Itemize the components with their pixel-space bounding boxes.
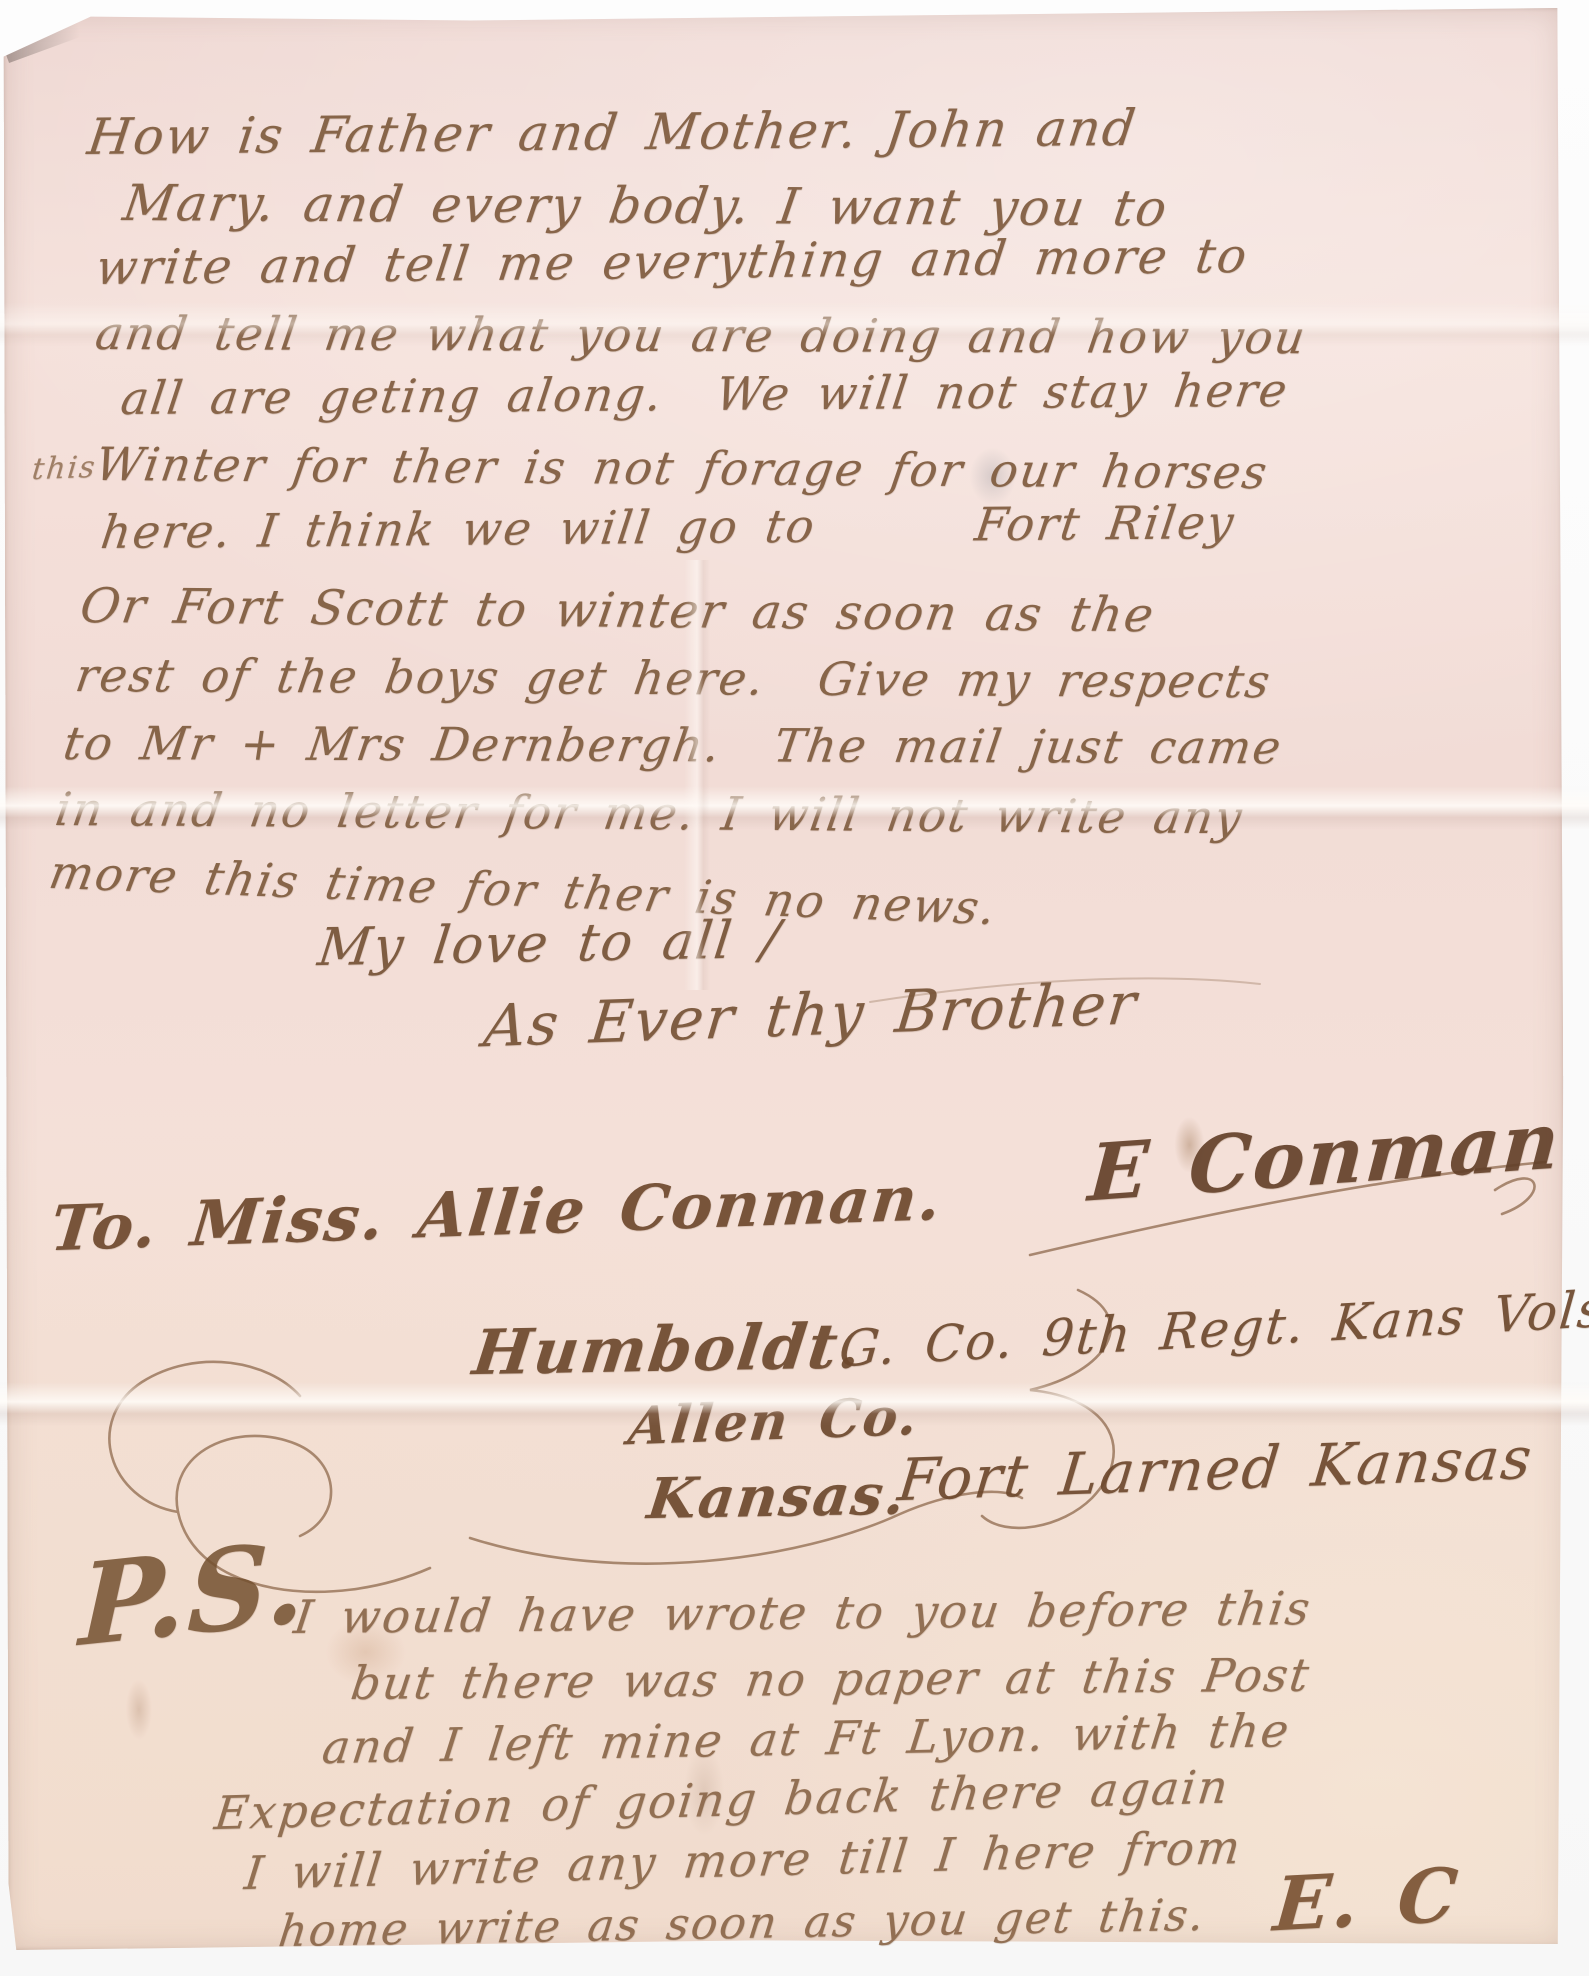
letter-line-postscript: but there was no paper at this Post <box>348 1648 1314 1710</box>
letter-line-signature: E Conman <box>1086 1095 1564 1220</box>
letter-line-body: Or Fort Scott to winter as soon as the <box>77 578 1159 643</box>
letter-line-margin-note: this <box>30 450 98 487</box>
letter-line-initials: E. C <box>1270 1852 1462 1948</box>
letter-line-body: How is Father and Mother. John and <box>84 99 1140 166</box>
letter-line-recipient: Allen Co. <box>626 1386 922 1457</box>
scanned-letter-page: How is Father and Mother. John andMary. … <box>0 0 1589 1976</box>
letter-line-closing: As Ever thy Brother <box>481 969 1141 1060</box>
letter-line-closing: My love to all / <box>315 910 785 978</box>
letter-line-postscript: I would have wrote to you before this <box>291 1581 1315 1644</box>
letter-line-body: all are geting along. We will not stay h… <box>118 363 1292 425</box>
letter-line-body: Winter for ther is not forage for our ho… <box>92 437 1272 499</box>
letter-line-postscript: home write as soon as you get this. <box>276 1890 1209 1957</box>
letter-line-recipient: Humboldt. <box>469 1309 867 1389</box>
letter-line-body: and tell me what you are doing and how y… <box>92 306 1310 364</box>
letter-line-unit: Fort Larned Kansas <box>895 1424 1537 1514</box>
letter-line-body: here. I think we will go to Fort Riley <box>98 495 1239 559</box>
letter-lines: How is Father and Mother. John andMary. … <box>0 0 1589 1976</box>
letter-line-unit: G. Co. 9th Regt. Kans Vols. <box>837 1279 1589 1378</box>
letter-line-ps-label: P.S. <box>77 1516 309 1672</box>
letter-line-body: Mary. and every body. I want you to <box>120 174 1173 237</box>
letter-line-body: write and tell me everything and more to <box>93 228 1252 296</box>
letter-line-body: to Mr + Mrs Dernbergh. The mail just cam… <box>60 716 1286 774</box>
letter-line-body: in and no letter for me. I will not writ… <box>52 782 1247 844</box>
letter-line-recipient: To. Miss. Allie Conman. <box>47 1161 946 1265</box>
letter-line-body: rest of the boys get here. Give my respe… <box>72 648 1275 708</box>
letter-line-recipient: Kansas. <box>644 1461 911 1532</box>
